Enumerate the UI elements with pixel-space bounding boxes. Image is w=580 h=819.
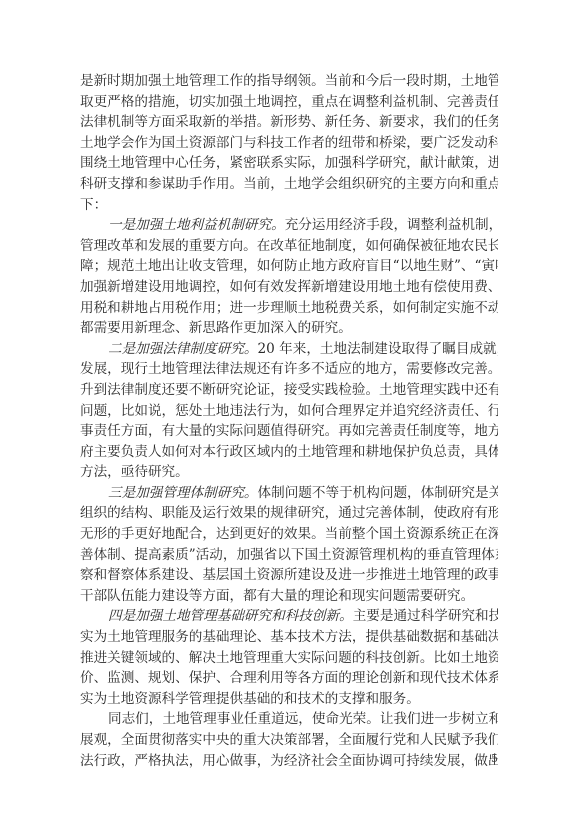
paragraph-first-line: 二是加强法律制度研究。20 年来，土地法制建设取得了瞩目成就，但随着时代 bbox=[80, 339, 498, 360]
text-line: 障；规范土地出让收支管理，如何防止地方政府盲目“以地生财”、“寅吃卯粮”； bbox=[80, 256, 498, 277]
text-line: 法律机制等方面采取新的举措。新形势、新任务、新要求，我们的任务很重。中国 bbox=[80, 112, 498, 133]
text-span: 充分运用经济手段，调整利益机制，是今后土地 bbox=[285, 217, 498, 233]
text-span: 主要是通过科学研究和技术攻关，夯 bbox=[353, 608, 498, 624]
text-line: 察和督察体系建设、基层国土资源所建设及进一步推进土地管理的政事分开、加强 bbox=[80, 565, 498, 586]
page-number: 5 bbox=[491, 752, 498, 765]
text-line: 发展，现行土地管理法律法规还有许多不适应的地方，需要修改完善。政策措施上 bbox=[80, 359, 498, 380]
text-line: 升到法律制度还要不断研究论证，接受实践检验。土地管理实践中还有大量的法律 bbox=[80, 380, 498, 401]
text-line: 府主要负责人如何对本行政区域内的土地管理和耕地保护负总责，具体考核和奖惩 bbox=[80, 442, 498, 463]
text-line: 问题，比如说，惩处土地违法行为，如何合理界定并追究经济责任、行政责任、刑 bbox=[80, 401, 498, 422]
document-body: 是新时期加强土地管理工作的指导纲领。当前和今后一段时期，土地管理就是要采 取更严… bbox=[80, 71, 498, 771]
text-span: 20 年来，土地法制建设取得了瞩目成就，但随着时代 bbox=[258, 341, 498, 357]
text-line: 都需要用新理念、新思路作更加深入的研究。 bbox=[80, 318, 498, 339]
text-line: 干部队伍能力建设等方面，都有大量的理论和现实问题需要研究。 bbox=[80, 586, 498, 607]
text-line: 下： bbox=[80, 195, 498, 216]
text-line: 管理改革和发展的重要方向。在改革征地制度，如何确保被征地农民长远生计有保 bbox=[80, 236, 498, 257]
paragraph-lead: 一是加强土地利益机制研究。 bbox=[108, 217, 285, 233]
text-line: 科研支撑和参谋助手作用。当前，土地学会组织研究的主要方向和重点领域建议如 bbox=[80, 174, 498, 195]
text-line: 价、监测、规划、保护、合理利用等各方面的理论创新和现代技术体系的研究，切 bbox=[80, 668, 498, 689]
text-line: 是新时期加强土地管理工作的指导纲领。当前和今后一段时期，土地管理就是要采 bbox=[80, 71, 498, 92]
paragraph-first-line: 三是加强管理体制研究。体制问题不等于机构问题，体制研究是关于整个管理 bbox=[80, 483, 498, 504]
paragraph-first-line: 同志们，土地管理事业任重道远，使命光荣。让我们进一步树立和落实科学发 bbox=[80, 709, 498, 730]
text-line: 用税和耕地占用税作用；进一步理顺土地税费关系，如何制定实施不动产税等方面， bbox=[80, 298, 498, 319]
text-line: 方法，亟待研究。 bbox=[80, 462, 498, 483]
text-line: 事责任方面，有大量的实际问题值得研究。再如完善责任制度等，地方各级人民政 bbox=[80, 421, 498, 442]
text-line: 展观，全面贯彻落实中央的重大决策部署，全面履行党和人民赋予我们的职责，依 bbox=[80, 730, 498, 751]
text-line: 实为土地资源科学管理提供基础的和技术的支撑和服务。 bbox=[80, 689, 498, 710]
text-line: 推进关键领域的、解决土地管理重大实际问题的科技创新。比如土地资源调查、评 bbox=[80, 648, 498, 669]
text-line: 组织的结构、职能及运行效果的规律研究，通过完善体制，使政府有形的手与市场 bbox=[80, 503, 498, 524]
text-span: 体制问题不等于机构问题，体制研究是关于整个管理 bbox=[258, 485, 498, 501]
text-line: 无形的手更好地配合，达到更好的效果。当前整个国土资源系统正在深入开展“完 bbox=[80, 524, 498, 545]
text-line: 实为土地管理服务的基础理论、基本技术方法，提供基础数据和基础决策依据。要 bbox=[80, 627, 498, 648]
paragraph-first-line: 四是加强土地管理基础研究和科技创新。主要是通过科学研究和技术攻关，夯 bbox=[80, 606, 498, 627]
text-line: 围绕土地管理中心任务，紧密联系实际，加强科学研究，献计献策，进一步发挥好 bbox=[80, 153, 498, 174]
paragraph-lead: 二是加强法律制度研究。 bbox=[108, 341, 258, 357]
text-line: 加强新增建设用地调控，如何有效发挥新增建设用地土地有偿使用费、城镇土地使 bbox=[80, 277, 498, 298]
text-line: 取更严格的措施，切实加强土地调控，重点在调整利益机制、完善责任制度、健全 bbox=[80, 92, 498, 113]
text-line: 土地学会作为国土资源部门与科技工作者的纽带和桥梁，要广泛发动科技工作者， bbox=[80, 133, 498, 154]
paragraph-lead: 三是加强管理体制研究。 bbox=[108, 485, 258, 501]
paragraph-lead: 四是加强土地管理基础研究和科技创新。 bbox=[108, 608, 353, 624]
paragraph-first-line: 一是加强土地利益机制研究。充分运用经济手段，调整利益机制，是今后土地 bbox=[80, 215, 498, 236]
text-line: 善体制、提高素质”活动，加强省以下国土资源管理机构的垂直管理体系、执法监 bbox=[80, 545, 498, 566]
text-line: 法行政，严格执法，用心做事，为经济社会全面协调可持续发展，做出更大的贡献！ bbox=[80, 751, 498, 772]
